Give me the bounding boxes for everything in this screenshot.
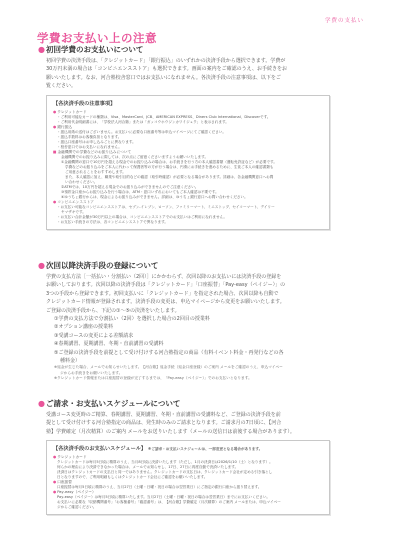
bullet-dot-icon: ● [38,261,45,270]
schedule-box: 【各決済手段のお支払いスケジュール】 ※ご請求・お支払いスケジュールは、一部変更… [46,440,330,515]
section-heading: ● 次回以降決済手段の登録について [38,260,330,271]
para-line: 受講コース変更時のご精算、春期講習、夏期講習、冬期・直前講習の受講料など、ご登録… [46,412,281,418]
bullet-dot-icon: ● [38,45,45,54]
bullet-dot-icon: ● [53,455,56,460]
list-item: ③受講コースの変更による差額請求 [54,332,330,340]
box-line: ジからご確認ください。 [57,505,323,510]
running-head: 学費の支払い [325,16,364,24]
section-paragraph: 初回学費の決済手段は、「クレジットカード」「銀行振込」のいずれかの決済手段から選… [46,57,330,91]
category-label: 銀行振込 [57,125,72,130]
box-title: 【各決済手段の注意事項】 [53,100,323,107]
bullet-dot-icon: ● [53,490,56,495]
bullet-square-icon: ■ [53,150,56,155]
bullet-dot-icon: ● [53,110,56,115]
section-heading-text: 次回以降決済手段の登録について [46,260,158,271]
bullet-dot-icon: ● [38,399,45,408]
box-title-text: 【各決済手段のお支払いスケジュール】 [53,446,146,452]
para-line: 初回学費の決済手段は、「クレジットカード」「銀行振込」のいずれかの決済手段から選… [46,58,285,64]
section-paragraph: 受講コース変更時のご精算、春期講習、夏期講習、冬期・直前講習の受講料など、ご登録… [46,411,330,436]
section-heading-text: ご請求・お支払いスケジュールについて [46,398,180,409]
para-line: お願いしております。次回以降の決済手段は「クレジットカード」「口座振替」「Pay… [46,282,285,288]
category-label: 金融機関での学費などのお振り込みについて [57,150,131,155]
bullet-dot-icon: ● [53,200,56,205]
para-line: 3つの手段から登録できます。初回支払いに「クレジットカード」を指定された場合、次… [46,291,279,297]
box-title-note: ※ご請求・お支払いスケジュールは、一部変更となる場合があります。 [148,447,262,451]
payment-notes-box: 【各決済手段の注意事項】 ●クレジットカード ・ご利用可能なカードの種類は、Vi… [46,95,330,230]
para-line: 塾】学費確定（月次精算）のご案内 メールをお送りいたします（メールの送信日は前後… [46,429,295,435]
box-title: 【各決済手段のお支払いスケジュール】 ※ご請求・お支払いスケジュールは、一部変更… [53,445,323,452]
section-heading: ● 初回学費のお支払いについて [38,44,330,55]
box-line: ・お支払い手続きの方法は、各コンビニエンスストアで異なります。 [57,220,323,225]
para-line: 30万円未満の場合は「コンビニエンスストア」も選択できます。画面の案内をご確認の… [46,66,287,72]
para-line: クレジットカード情報が登録されます。決済手段の変更は、申込マイページから変更をお… [46,299,285,305]
para-line: 願いいたします。なお、河合塾校舎窓口ではお支払いになれません。各決済手段の注意事… [46,75,281,81]
list-item: ④春期講習、夏期講習、冬期・直前講習の受講料 [54,340,330,348]
para-line: ご登録の決済手段から、下記の①～⑤の決済をいたします。 [46,308,180,314]
list-item: ①学費の支払方法で分割払い（2回）を選択した場合の2回目の授業料 [54,315,330,323]
bullet-dot-icon: ● [53,480,56,485]
footnote: ※クレジットカード情報または口座振替の登録が完了するまでは、「Pay-easy（… [54,376,330,381]
section-payment-registration: ● 次回以降決済手段の登録について 学費の支払方法［一括払い・分割払い（2回）］… [38,260,330,382]
para-line: 覧ください。 [46,83,76,89]
section-paragraph: 学費の支払方法［一括払い・分割払い（2回）］にかかわらず、次回以降のお支払いには… [46,273,330,315]
bullet-dot-icon: ● [53,125,56,130]
section-heading: ● ご請求・お支払いスケジュールについて [38,398,330,409]
list-item: ②オプション講座の授業料 [54,323,330,331]
section-first-payment: ● 初回学費のお支払いについて 初回学費の決済手段は、「クレジットカード」「銀行… [38,44,330,230]
para-line: 学費の支払方法［一括払い・分割払い（2回）］にかかわらず、次回以降のお支払いには… [46,274,281,280]
para-line: 提として受け付けする河合塾指定の商品は、発生時のみのご請求となります。ご請求月の… [46,420,281,426]
category-label: クレジットカード [57,110,86,115]
category-label: コンビニエンスストア [57,200,94,205]
section-billing-schedule: ● ご請求・お支払いスケジュールについて 受講コース変更時のご精算、春期講習、夏… [38,398,330,515]
section-heading-text: 初回学費のお支払いについて [46,44,143,55]
list-item: ⑤ご登録の決済手段を前提として受け付けする河合塾指定の商品（有料イベント料金・再… [54,349,330,357]
